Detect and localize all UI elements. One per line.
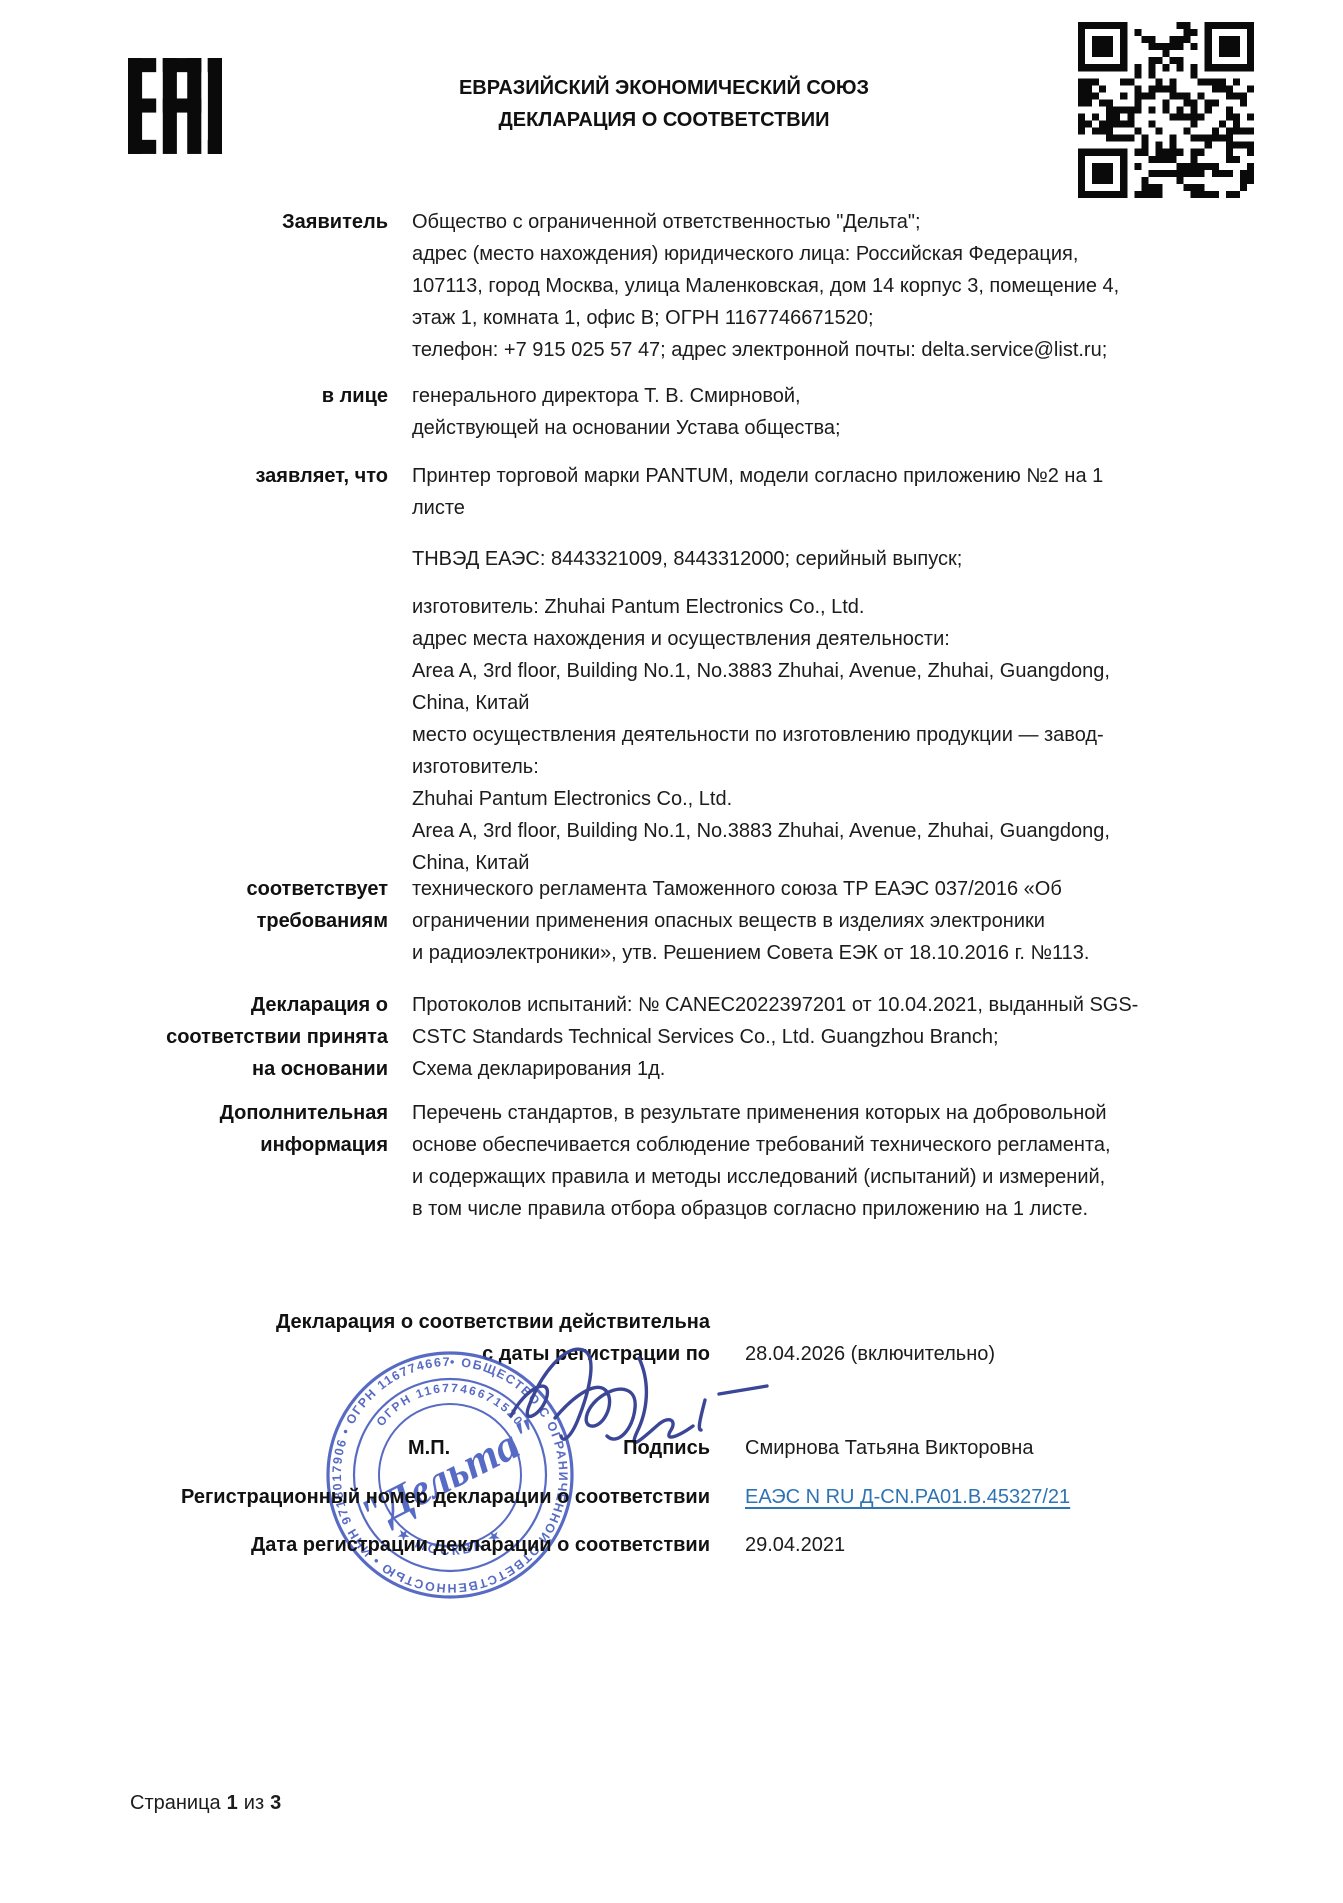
section-additional-info: Дополнительная информация Перечень станд… (130, 1097, 1205, 1225)
signature-label: Подпись (130, 1432, 710, 1464)
qr-code (1078, 22, 1254, 203)
registration-number-row: Регистрационный номер декларации о соотв… (130, 1481, 1205, 1513)
section-content: Общество с ограниченной ответственностью… (412, 206, 1202, 366)
footer-page-total: 3 (270, 1792, 281, 1815)
section-declares-that: заявляет, что Принтер торговой марки PAN… (130, 460, 1205, 524)
title-line-declaration: ДЕКЛАРАЦИЯ О СООТВЕТСТВИИ (364, 104, 964, 136)
section-label: Дополнительная информация (130, 1097, 388, 1225)
section-content: генерального директора Т. В. Смирновой, … (412, 380, 1202, 444)
section-content: ТНВЭД ЕАЭС: 8443321009, 8443312000; сери… (412, 543, 1202, 575)
registration-date-value: 29.04.2021 (745, 1529, 845, 1561)
section-label (130, 591, 388, 879)
validity-heading: Декларация о соответствии действительна (130, 1306, 710, 1338)
section-applicant: Заявитель Общество с ограниченной ответс… (130, 206, 1205, 366)
section-content: Принтер торговой марки PANTUM, модели со… (412, 460, 1202, 524)
section-content: Протоколов испытаний: № CANEC2022397201 … (412, 989, 1202, 1085)
registration-number-label: Регистрационный номер декларации о соотв… (130, 1481, 710, 1513)
footer-prefix: Страница (130, 1792, 221, 1815)
registration-number-link[interactable]: ЕАЭС N RU Д-CN.РА01.В.45327/21 (745, 1481, 1070, 1513)
registration-date-row: Дата регистрации декларации о соответств… (130, 1529, 1205, 1561)
section-basis: Декларация о соответствии принята на осн… (130, 989, 1205, 1085)
section-label (130, 543, 388, 575)
footer-page-current: 1 (227, 1792, 238, 1815)
section-label: Заявитель (130, 206, 388, 366)
section-complies-with: соответствует требованиям технического р… (130, 873, 1205, 969)
section-content: изготовитель: Zhuhai Pantum Electronics … (412, 591, 1202, 879)
footer-of: из (244, 1792, 264, 1815)
section-label: Декларация о соответствии принята на осн… (130, 989, 388, 1085)
section-tnved: ТНВЭД ЕАЭС: 8443321009, 8443312000; сери… (130, 543, 1205, 575)
registration-date-label: Дата регистрации декларации о соответств… (130, 1529, 710, 1561)
document-title: ЕВРАЗИЙСКИЙ ЭКОНОМИЧЕСКИЙ СОЮЗ ДЕКЛАРАЦИ… (364, 72, 964, 136)
title-line-union: ЕВРАЗИЙСКИЙ ЭКОНОМИЧЕСКИЙ СОЮЗ (364, 72, 964, 104)
section-represented-by: в лице генерального директора Т. В. Смир… (130, 380, 1205, 444)
section-label: заявляет, что (130, 460, 388, 524)
validity-heading-row: Декларация о соответствии действительна (130, 1306, 1205, 1338)
section-label: в лице (130, 380, 388, 444)
section-content: технического регламента Таможенного союз… (412, 873, 1202, 969)
section-label: соответствует требованиям (130, 873, 388, 969)
eac-logo (128, 58, 222, 159)
signature-row: Подпись Смирнова Татьяна Викторовна (130, 1432, 1205, 1464)
page-footer: Страница 1 из 3 (130, 1792, 281, 1815)
section-content: Перечень стандартов, в результате примен… (412, 1097, 1202, 1225)
section-manufacturer: изготовитель: Zhuhai Pantum Electronics … (130, 591, 1205, 879)
signatory-name: Смирнова Татьяна Викторовна (745, 1432, 1033, 1464)
